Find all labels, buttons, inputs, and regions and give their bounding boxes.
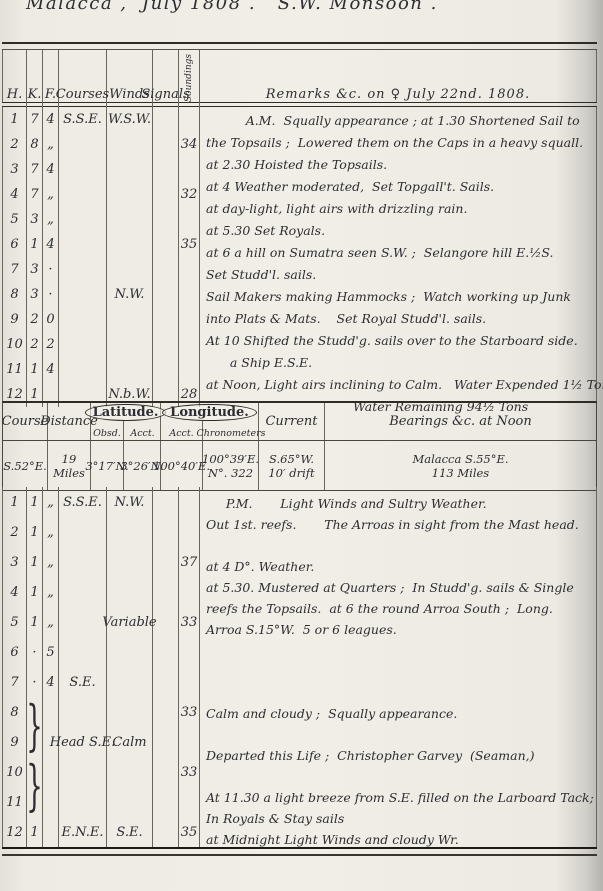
knots-cell: 3 [27, 207, 43, 232]
hour-cell: 1 [3, 487, 27, 517]
knots-cell: 3 [27, 282, 43, 307]
signals-cell [153, 637, 179, 667]
knots-cell: 2 [27, 332, 43, 357]
course-cell [59, 157, 107, 182]
col-header-courses: Courses [59, 50, 107, 110]
knots-cell: · [27, 637, 43, 667]
sounding-cell: 35 [179, 817, 200, 847]
signals-cell [153, 182, 179, 207]
sounding-cell [179, 307, 200, 332]
voyage-title: Malacca , July 1808 . S.W. Monsoon . [26, 0, 438, 14]
fathoms-cell [43, 757, 59, 787]
pm-log-body: 1 1 „ S.S.E. N.W. 2 1 „ [2, 487, 597, 847]
pm-log-row: 5 1 „ Variable 33 [3, 607, 596, 637]
hour-cell: 8 [3, 282, 27, 307]
hour-cell: 4 [3, 577, 27, 607]
fathoms-cell: 2 [43, 332, 59, 357]
knots-cell: · [27, 667, 43, 697]
fathoms-cell: 4 [43, 357, 59, 382]
signals-cell [153, 357, 179, 382]
signals-cell [153, 727, 179, 757]
fathoms-cell: „ [43, 607, 59, 637]
hour-cell: 11 [3, 357, 27, 382]
winds-cell [107, 787, 153, 817]
sounding-cell [179, 487, 200, 517]
fathoms-cell: „ [43, 577, 59, 607]
fathoms-cell: 0 [43, 307, 59, 332]
winds-cell: S.E. [107, 817, 153, 847]
winds-cell [107, 332, 153, 357]
hour-cell: 10 [3, 332, 27, 357]
course-cell: E.N.E. [59, 817, 107, 847]
remarks-spacer [200, 357, 596, 382]
noon-col-latitude: Latitude. Obsd. Acct. [91, 403, 161, 440]
fathoms-cell: 4 [43, 667, 59, 697]
sounding-cell: 34 [179, 132, 200, 157]
course-cell [59, 787, 107, 817]
remarks-spacer [200, 132, 596, 157]
am-log-table: H. K. F. Courses Winds Signals Soundings… [2, 42, 597, 407]
remarks-spacer [200, 282, 596, 307]
course-cell: S.S.E. [59, 107, 107, 132]
hour-cell: 9 [3, 307, 27, 332]
knots-cell: 8 [27, 132, 43, 157]
fathoms-cell: 4 [43, 107, 59, 132]
knots-cell: } [27, 696, 43, 759]
winds-cell [107, 157, 153, 182]
remarks-spacer [200, 607, 596, 637]
course-cell: Head S.E. [59, 727, 107, 757]
sounding-cell [179, 107, 200, 132]
course-cell [59, 637, 107, 667]
noon-course-value: S.52°E. [3, 441, 48, 490]
hour-cell: 8 [3, 697, 27, 727]
am-log-row: 4 7 „ 32 [3, 182, 596, 207]
winds-cell [107, 257, 153, 282]
winds-cell [107, 307, 153, 332]
knots-cell: 2 [27, 307, 43, 332]
winds-cell [107, 132, 153, 157]
winds-cell: Calm [107, 727, 153, 757]
knots-cell: 1 [27, 577, 43, 607]
hour-cell: 4 [3, 182, 27, 207]
pm-log-row: 3 1 „ 37 [3, 547, 596, 577]
signals-cell [153, 207, 179, 232]
noon-col-bearings: Bearings &c. at Noon [325, 403, 596, 440]
hour-cell: 2 [3, 517, 27, 547]
remarks-spacer [200, 487, 596, 517]
hour-cell: 1 [3, 107, 27, 132]
sounding-cell [179, 357, 200, 382]
hour-cell: 11 [3, 787, 27, 817]
noon-bearings-value: Malacca S.55°E. 113 Miles [325, 441, 596, 490]
hour-cell: 12 [3, 817, 27, 847]
hour-cell: 9 [3, 727, 27, 757]
winds-cell: N.W. [107, 487, 153, 517]
knots-cell: 7 [27, 107, 43, 132]
remarks-spacer [200, 207, 596, 232]
signals-cell [153, 487, 179, 517]
hour-cell: 2 [3, 132, 27, 157]
sounding-cell [179, 332, 200, 357]
sounding-cell: 37 [179, 547, 200, 577]
knots-cell: 1 [27, 487, 43, 517]
noon-col-current: Current [259, 403, 325, 440]
am-log-row: 11 1 4 [3, 357, 596, 382]
pm-log-row: 6 · 5 [3, 637, 596, 667]
course-cell [59, 207, 107, 232]
hour-cell: 6 [3, 637, 27, 667]
course-cell [59, 357, 107, 382]
knots-cell: 7 [27, 182, 43, 207]
fathoms-cell: · [43, 257, 59, 282]
sounding-cell: 32 [179, 182, 200, 207]
winds-cell [107, 207, 153, 232]
noon-col-longitude: Longitude. Acct. Chronometers [161, 403, 259, 440]
sounding-cell: 33 [179, 757, 200, 787]
pm-log-row: 10 } 33 [3, 757, 596, 787]
am-log-row: 3 7 4 [3, 157, 596, 182]
course-cell [59, 607, 107, 637]
remarks-spacer [200, 727, 596, 757]
remarks-spacer [200, 667, 596, 697]
hour-cell: 7 [3, 667, 27, 697]
course-cell [59, 182, 107, 207]
winds-cell [107, 637, 153, 667]
course-cell [59, 517, 107, 547]
am-log-row: 2 8 „ 34 [3, 132, 596, 157]
noon-header: Course Distance Latitude. Obsd. Acct. Lo… [3, 403, 596, 441]
pm-log-row: 7 · 4 S.E. [3, 667, 596, 697]
remarks-spacer [200, 517, 596, 547]
winds-cell [107, 757, 153, 787]
signals-cell [153, 307, 179, 332]
fathoms-cell: „ [43, 132, 59, 157]
course-cell [59, 257, 107, 282]
knots-cell: 7 [27, 157, 43, 182]
pm-log-row: 1 1 „ S.S.E. N.W. [3, 487, 596, 517]
signals-cell [153, 282, 179, 307]
fathoms-cell: · [43, 282, 59, 307]
winds-cell: Variable [107, 607, 153, 637]
signals-cell [153, 107, 179, 132]
am-log-row: 7 3 · [3, 257, 596, 282]
winds-cell [107, 357, 153, 382]
signals-cell [153, 157, 179, 182]
sounding-cell [179, 517, 200, 547]
latitude-label: Latitude. [85, 404, 167, 421]
knots-cell: } [27, 756, 43, 819]
remarks-spacer [200, 332, 596, 357]
sounding-cell: 35 [179, 232, 200, 257]
fathoms-cell: „ [43, 207, 59, 232]
sounding-cell [179, 787, 200, 817]
knots-cell: 1 [27, 547, 43, 577]
winds-cell [107, 547, 153, 577]
knots-cell: 1 [27, 817, 43, 847]
signals-cell [153, 547, 179, 577]
col-header-knots: K. [27, 50, 43, 110]
winds-cell [107, 577, 153, 607]
winds-cell: W.S.W. [107, 107, 153, 132]
remarks-spacer [200, 787, 596, 817]
sounding-cell [179, 157, 200, 182]
am-log-row: 5 3 „ [3, 207, 596, 232]
course-cell: S.S.E. [59, 487, 107, 517]
fathoms-cell [43, 787, 59, 817]
remarks-spacer [200, 637, 596, 667]
pm-log-row: 2 1 „ [3, 517, 596, 547]
pm-log-row: 9 Head S.E. Calm [3, 727, 596, 757]
remarks-spacer [200, 157, 596, 182]
signals-cell [153, 697, 179, 727]
am-log-row: 8 3 · N.W. [3, 282, 596, 307]
noon-col-distance: Distance [48, 403, 91, 440]
hour-cell: 7 [3, 257, 27, 282]
longitude-label: Longitude. [162, 404, 257, 421]
course-cell: S.E. [59, 667, 107, 697]
fathoms-cell [43, 817, 59, 847]
fathoms-cell: „ [43, 487, 59, 517]
am-log-row: 9 2 0 [3, 307, 596, 332]
sounding-cell [179, 727, 200, 757]
col-header-hours: H. [3, 50, 27, 110]
hour-cell: 3 [3, 157, 27, 182]
sounding-cell [179, 257, 200, 282]
soundings-label: Soundings [184, 50, 194, 102]
noon-summary-table: Course Distance Latitude. Obsd. Acct. Lo… [2, 401, 597, 491]
course-cell [59, 307, 107, 332]
sounding-cell: 33 [179, 697, 200, 727]
remarks-title: Remarks &c. on ♀ July 22nd. 1808. [200, 50, 596, 110]
signals-cell [153, 132, 179, 157]
remarks-spacer [200, 697, 596, 727]
signals-cell [153, 817, 179, 847]
fathoms-cell: 5 [43, 637, 59, 667]
signals-cell [153, 757, 179, 787]
am-log-row: 10 2 2 [3, 332, 596, 357]
remarks-spacer [200, 547, 596, 577]
remarks-spacer [200, 307, 596, 332]
course-cell [59, 282, 107, 307]
winds-cell [107, 232, 153, 257]
sounding-cell [179, 207, 200, 232]
fathoms-cell: „ [43, 547, 59, 577]
pm-log-row: 8 } 33 [3, 697, 596, 727]
am-log-header: H. K. F. Courses Winds Signals Soundings… [2, 50, 597, 102]
remarks-spacer [200, 107, 596, 132]
signals-cell [153, 667, 179, 697]
hour-cell: 5 [3, 207, 27, 232]
sounding-cell [179, 637, 200, 667]
pm-log-table: 1 1 „ S.S.E. N.W. 2 1 „ [2, 487, 597, 856]
hour-cell: 3 [3, 547, 27, 577]
hour-cell: 6 [3, 232, 27, 257]
pm-log-row: 11 [3, 787, 596, 817]
sounding-cell [179, 577, 200, 607]
noon-lon-chron-value: 100°39′E. N°. 322 [203, 441, 259, 490]
col-header-signals: Signals [153, 50, 179, 110]
fathoms-cell [43, 697, 59, 727]
top-rule [2, 42, 597, 50]
am-log-body: 1 7 4 S.S.E. W.S.W. 2 8 „ 34 [2, 107, 597, 407]
course-cell [59, 757, 107, 787]
signals-cell [153, 257, 179, 282]
fathoms-cell: 4 [43, 232, 59, 257]
knots-cell: 1 [27, 607, 43, 637]
hour-cell: 5 [3, 607, 27, 637]
knots-cell: 3 [27, 257, 43, 282]
col-header-soundings: Soundings [179, 50, 200, 110]
course-cell [59, 132, 107, 157]
remarks-spacer [200, 757, 596, 787]
sounding-cell [179, 282, 200, 307]
remarks-spacer [200, 817, 596, 847]
bottom-rule [2, 847, 597, 856]
longitude-chron-label: Chronometers [203, 421, 259, 440]
am-log-row: 6 1 4 35 [3, 232, 596, 257]
course-cell [59, 577, 107, 607]
signals-cell [153, 517, 179, 547]
signals-cell [153, 332, 179, 357]
winds-cell [107, 182, 153, 207]
winds-cell [107, 667, 153, 697]
winds-cell [107, 517, 153, 547]
knots-cell: 1 [27, 517, 43, 547]
noon-lat-obsd-value: 3°17′N. [91, 441, 124, 490]
knots-cell: 1 [27, 357, 43, 382]
noon-lon-acct-value: 100°40′E. [161, 441, 203, 490]
latitude-acct-label: Acct. [124, 421, 161, 440]
course-cell [59, 332, 107, 357]
course-cell [59, 232, 107, 257]
fathoms-cell: 4 [43, 157, 59, 182]
winds-cell: N.W. [107, 282, 153, 307]
fathoms-cell: „ [43, 517, 59, 547]
sounding-cell [179, 667, 200, 697]
signals-cell [153, 232, 179, 257]
noon-values-row: S.52°E. 19 Miles 3°17′N. 3°26′N. 100°40′… [3, 441, 596, 490]
course-cell [59, 547, 107, 577]
remarks-spacer [200, 257, 596, 282]
signals-cell [153, 787, 179, 817]
course-cell [59, 697, 107, 727]
pm-log-row: 12 1 E.N.E. S.E. 35 [3, 817, 596, 847]
latitude-obsd-label: Obsd. [91, 421, 124, 440]
winds-cell [107, 697, 153, 727]
remarks-spacer [200, 232, 596, 257]
am-log-row: 1 7 4 S.S.E. W.S.W. [3, 107, 596, 132]
sounding-cell: 33 [179, 607, 200, 637]
hour-cell: 10 [3, 757, 27, 787]
signals-cell [153, 577, 179, 607]
knots-cell: 1 [27, 232, 43, 257]
fathoms-cell: „ [43, 182, 59, 207]
remarks-spacer [200, 577, 596, 607]
logbook-page: Malacca , July 1808 . S.W. Monsoon . H. … [0, 0, 603, 891]
signals-cell [153, 607, 179, 637]
remarks-spacer [200, 182, 596, 207]
pm-log-row: 4 1 „ [3, 577, 596, 607]
noon-current-value: S.65°W. 10′ drift [259, 441, 325, 490]
